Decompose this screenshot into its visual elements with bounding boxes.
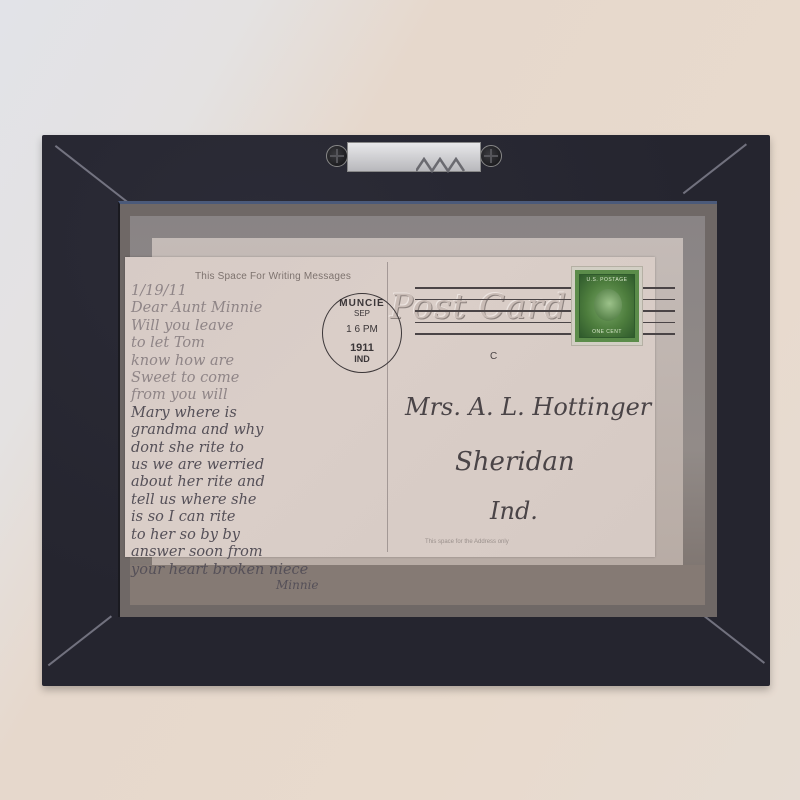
- frame-corner-miter-br: [701, 613, 765, 664]
- screw-icon: [480, 145, 502, 167]
- address-name: Mrs. A. L. Hottinger: [405, 393, 651, 421]
- postmark: MUNCIE SEP 1 6 PM 1911 IND: [322, 293, 402, 373]
- address-state: Ind.: [490, 497, 538, 525]
- postcard: This Space For Writing Messages 1/19/11 …: [125, 257, 655, 557]
- message-line: about her rite and: [131, 474, 381, 491]
- postmark-time: 1 6 PM: [323, 324, 401, 335]
- message-line: Sweet to come: [131, 370, 381, 387]
- stamp-portrait-frame: U.S. POSTAGE ONE CENT: [579, 274, 635, 338]
- postmark-state: IND: [323, 354, 401, 364]
- message-line: us we are werried: [131, 457, 381, 474]
- postage-stamp: U.S. POSTAGE ONE CENT: [572, 267, 642, 345]
- postmark-year: 1911: [323, 342, 401, 354]
- message-signature: Minnie: [276, 579, 381, 591]
- frame-corner-miter-tl: [55, 145, 131, 205]
- message-line: from you will: [131, 387, 381, 404]
- message-line: is so I can rite: [131, 509, 381, 526]
- screw-icon: [326, 145, 348, 167]
- message-space-header: This Space For Writing Messages: [195, 271, 351, 282]
- message-line: dont she rite to: [131, 440, 381, 457]
- message-line: answer soon from: [131, 544, 381, 561]
- message-line: Mary where is: [131, 405, 381, 422]
- message-line: tell us where she: [131, 492, 381, 509]
- cancel-mark: C: [490, 351, 497, 362]
- message-line: your heart broken niece: [131, 562, 381, 579]
- message-line: grandma and why: [131, 422, 381, 439]
- stamp-top-text: U.S. POSTAGE: [580, 277, 634, 283]
- postmark-month: SEP: [323, 309, 401, 318]
- portrait-icon: [594, 289, 622, 321]
- frame-corner-miter-tr: [683, 143, 747, 194]
- address-space-footer: This space for the Address only: [425, 539, 509, 545]
- stamp-bottom-text: ONE CENT: [580, 329, 634, 335]
- sawtooth-teeth-icon: [416, 157, 476, 173]
- frame-corner-miter-bl: [48, 615, 112, 666]
- message-line: to her so by by: [131, 527, 381, 544]
- sawtooth-hanger: [322, 138, 502, 170]
- postmark-city: MUNCIE: [323, 298, 401, 309]
- hanger-plate: [347, 142, 481, 172]
- address-city: Sheridan: [455, 447, 575, 477]
